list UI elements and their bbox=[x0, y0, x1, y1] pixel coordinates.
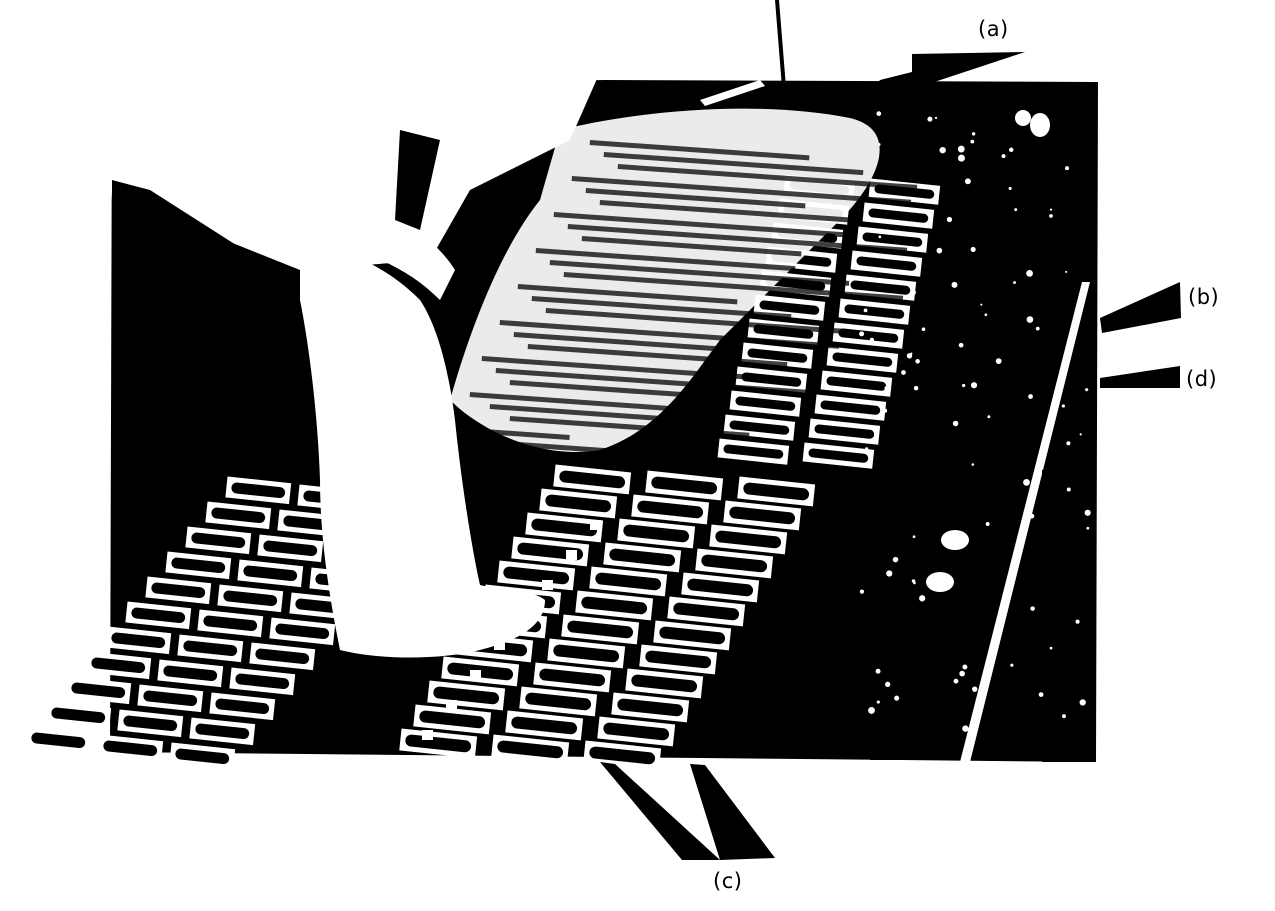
callout-label-b: (b) bbox=[1188, 287, 1219, 308]
photograph bbox=[25, 70, 1098, 770]
wedge-pointer-icon bbox=[1100, 366, 1180, 388]
wedge-pointer-icon bbox=[1100, 282, 1181, 333]
photo-figure bbox=[0, 0, 1275, 911]
callout-label-c: (c) bbox=[713, 871, 742, 892]
callout-label-a: (a) bbox=[978, 19, 1009, 40]
callout-label-d: (d) bbox=[1186, 369, 1217, 390]
